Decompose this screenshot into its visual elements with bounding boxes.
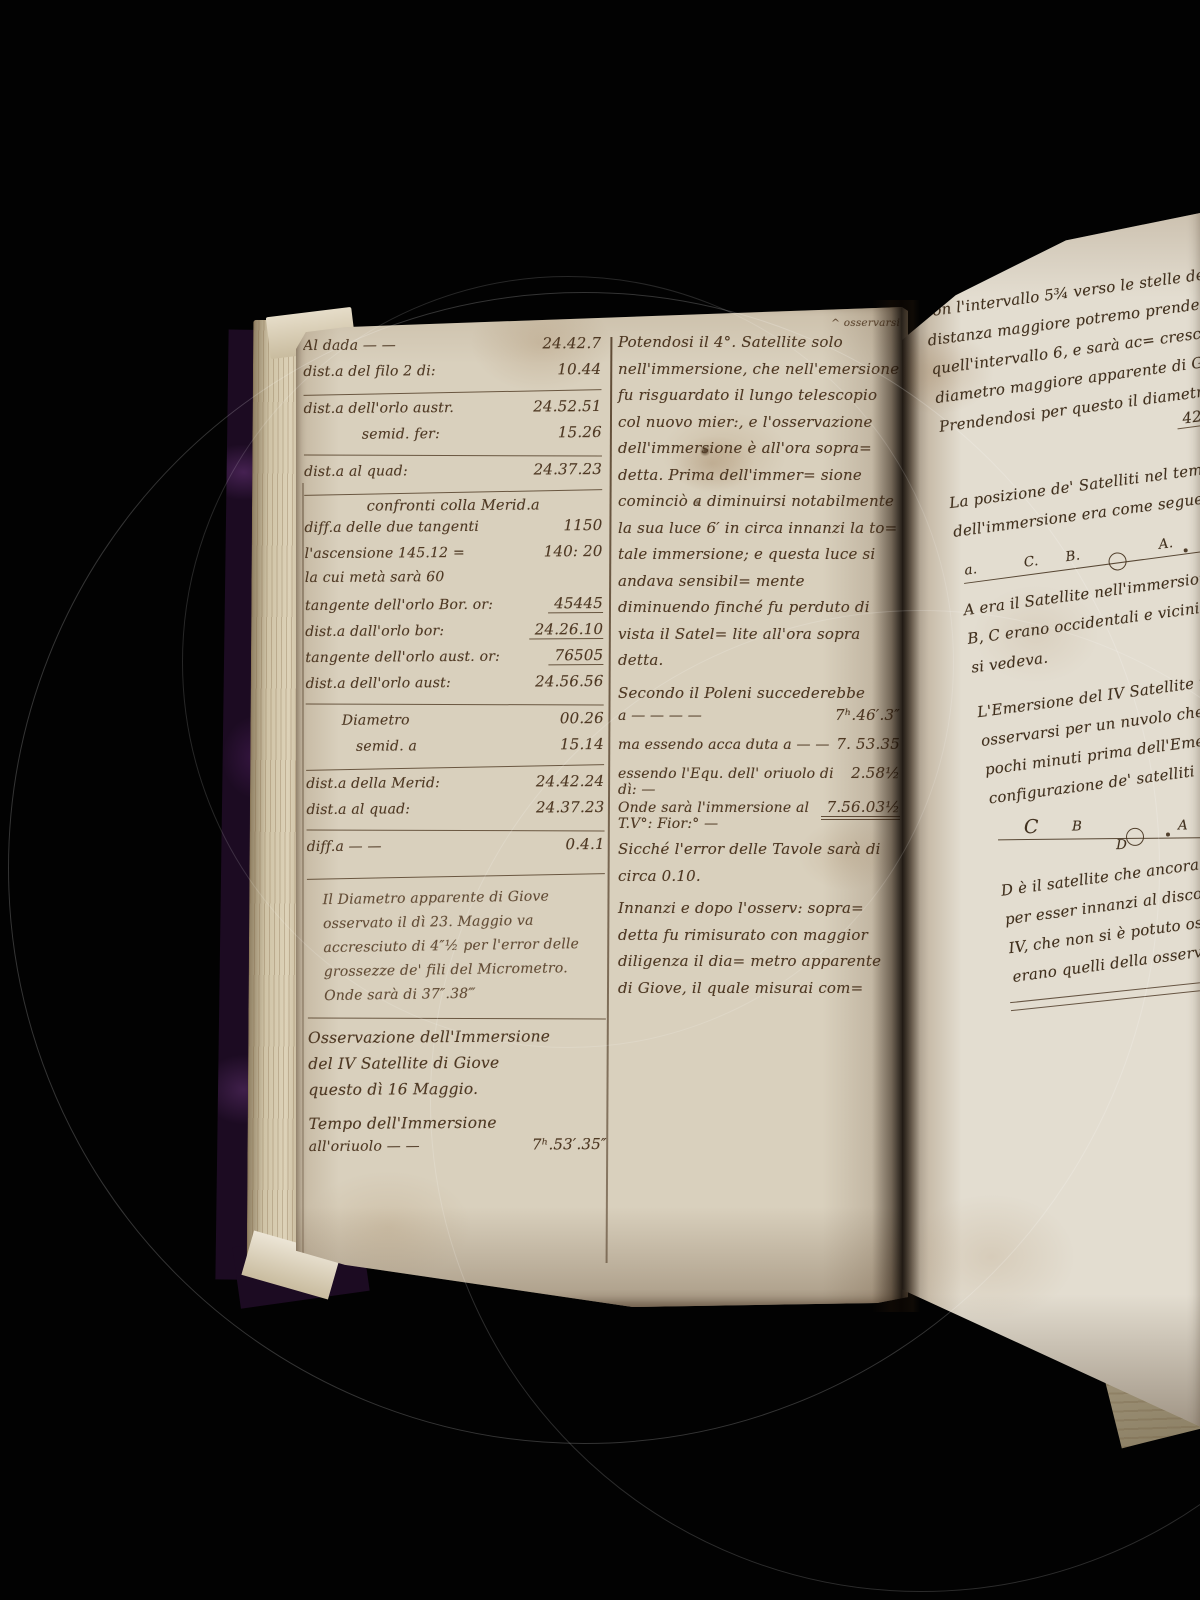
table-row: dist.a al quad: 24.37.23 [306, 798, 604, 826]
satellite-dot [1166, 833, 1170, 837]
right-column-narrative: ^ osservarsi Potendosi il 4°. Satellite … [618, 317, 900, 1001]
row-value: 24.37.23 [530, 798, 605, 817]
row-value: 24.56.56 [529, 672, 604, 691]
row-value: 24.42.24 [530, 772, 605, 791]
row-value: 00.26 [554, 709, 604, 727]
emersion-explanation-paragraph: D è il satellite che ancora non appariva… [999, 832, 1200, 991]
left-column-observations: Al dada — — 24.42.7 dist.a del filo 2 di… [303, 334, 607, 1163]
diagram-label: a. [963, 561, 978, 579]
table-row: ma essendo acca duta a — — 7. 53.35 [618, 735, 900, 764]
diagram-label-a: A [1178, 817, 1188, 833]
ruled-line [308, 1017, 606, 1019]
row-label: ma essendo acca duta a — — [618, 737, 830, 753]
remeasurement-paragraph: Innanzi e dopo l'osserv: sopra= detta fu… [618, 895, 900, 1001]
diagram-label-b: B [1072, 818, 1082, 834]
diameter-note-paragraph: Il Diametro apparente di Giove osservato… [306, 880, 606, 1011]
row-label: dist.a dell'orlo austr. [304, 400, 455, 417]
row-label: diff.a delle due tangenti [304, 519, 479, 536]
section-heading: confronti colla Merid.a [304, 497, 602, 515]
row-label: tangente dell'orlo aust. or: [305, 649, 500, 666]
table-row: tangente dell'orlo aust. or: 76505 [305, 646, 603, 674]
row-label: l'ascensione 145.12 = [305, 545, 465, 562]
ruled-line [306, 764, 604, 771]
ruled-line [304, 454, 602, 456]
row-label: semid. a [306, 738, 417, 755]
row-value: 140: 20 [538, 542, 603, 560]
row-label: diff.a — — [307, 839, 382, 856]
row-label: all'oriuolo — — [309, 1138, 420, 1155]
row-value: 24.42.7 [536, 334, 601, 352]
row-value: 76505 [549, 646, 604, 665]
table-row: Al dada — — 24.42.7 [303, 334, 601, 362]
row-label: dist.a dell'orlo aust: [305, 675, 450, 692]
table-row: dist.a dell'orlo aust: 24.56.56 [305, 672, 603, 700]
jupiter-disc [1107, 551, 1127, 571]
immersion-observation-date: questo dì 16 Maggio. [308, 1075, 606, 1103]
table-row: diff.a — — 0.4.1 [307, 835, 605, 863]
table-row: semid. a 15.14 [306, 735, 604, 763]
row-value: 45445 [548, 594, 603, 613]
diagram-label-b: B. [1064, 547, 1081, 565]
table-row: all'oriuolo — — 7ʰ.53′.35″ [309, 1135, 607, 1163]
row-value: 15.26 [552, 423, 602, 441]
table-row: Diametro 00.26 [306, 709, 604, 737]
table-row: dist.a del filo 2 di: 10.44 [303, 360, 601, 388]
row-label: dist.a del filo 2 di: [303, 363, 436, 380]
immersion-narrative-paragraph: Potendosi il 4°. Satellite solo nell'imm… [618, 329, 900, 674]
ruled-line [307, 829, 605, 831]
table-row: essendo l'Equ. dell' oriuolo di dì: — 2.… [618, 764, 900, 798]
ruled-line [304, 489, 602, 496]
row-label: tangente dell'orlo Bor. or: [305, 597, 493, 614]
row-value: 0.4.1 [559, 835, 604, 853]
poleni-comparison-line: Secondo il Poleni succederebbe [618, 680, 900, 707]
table-row: diff.a delle due tangenti 1150 [304, 516, 602, 544]
manuscript-photo: Al dada — — 24.42.7 dist.a del filo 2 di… [0, 0, 1200, 1600]
table-row: dist.a dall'orlo bor: 24.26.10 [305, 620, 603, 648]
immersion-time-caption: Tempo dell'Immersione [309, 1109, 607, 1137]
satellite-dot [1183, 548, 1187, 552]
table-row: Onde sarà l'immersione al T.V°: Fior:° —… [618, 798, 900, 832]
left-page: Al dada — — 24.42.7 dist.a del filo 2 di… [296, 303, 908, 1307]
gutter-shadow [872, 300, 920, 1312]
diagram-label-c: C [1024, 816, 1039, 838]
row-value: 24.37.23 [528, 460, 603, 479]
left-margin-rule [302, 483, 304, 1253]
table-row: dist.a dell'orlo austr. 24.52.51 [304, 397, 602, 425]
row-label: dist.a della Merid: [306, 775, 440, 792]
ruled-line [304, 389, 602, 396]
row-label: dist.a al quad: [304, 463, 408, 480]
ruled-line [306, 703, 604, 705]
row-label: dist.a al quad: [306, 801, 410, 818]
row-label: dist.a dall'orlo bor: [305, 623, 444, 640]
row-value: 24.52.51 [527, 397, 602, 416]
table-row: dist.a al quad: 24.37.23 [304, 460, 602, 488]
row-value: 10.44 [551, 360, 601, 378]
right-page-text: con l'intervallo 5¾ verso le stelle dell… [922, 254, 1200, 1015]
row-label: essendo l'Equ. dell' oriuolo di dì: — [618, 766, 845, 798]
diagram-label-c: C. [1023, 553, 1040, 571]
row-value: 15.14 [554, 735, 604, 753]
table-row: l'ascensione 145.12 = 140: 20 [305, 542, 603, 570]
table-row: dist.a della Merid: 24.42.24 [306, 772, 604, 800]
emersion-paragraph: L'Emersione del IV Satellite non poté os… [975, 654, 1200, 813]
interlinear-insertion: ^ osservarsi [618, 317, 900, 329]
row-label: Onde sarà l'immersione al T.V°: Fior:° — [618, 800, 821, 832]
immersion-observation-title: Osservazione dell'Immersione [308, 1023, 606, 1051]
row-value: 1150 [557, 516, 602, 534]
row-value: 24.26.10 [529, 620, 604, 640]
table-row: la cui metà sarà 60 [305, 568, 603, 596]
immersion-observation-title-2: del IV Satellite di Giove [308, 1049, 606, 1077]
row-value: 7ʰ.53′.35″ [526, 1135, 607, 1154]
table-row: tangente dell'orlo Bor. or: 45445 [305, 594, 603, 622]
table-row: a — — — — 7ʰ.46′.3″ [618, 706, 900, 735]
ruled-line [307, 873, 605, 880]
row-label: semid. fer: [304, 426, 440, 443]
row-label: Al dada — — [303, 337, 396, 354]
right-page: con l'intervallo 5¾ verso le stelle dell… [902, 198, 1200, 1444]
satellite-configuration-diagram-emersion: C B D A [998, 805, 1200, 848]
jupiter-disc [1126, 828, 1144, 846]
tables-error-line: Sicché l'error delle Tavole sarà di circ… [618, 836, 900, 889]
diagram-label-d: D [1116, 837, 1127, 853]
row-label: Diametro [306, 712, 410, 729]
table-row: semid. fer: 15.26 [304, 423, 602, 451]
diagram-label-a: A. [1158, 535, 1174, 553]
row-label: a — — — — [618, 708, 702, 724]
row-label: la cui metà sarà 60 [305, 569, 445, 586]
